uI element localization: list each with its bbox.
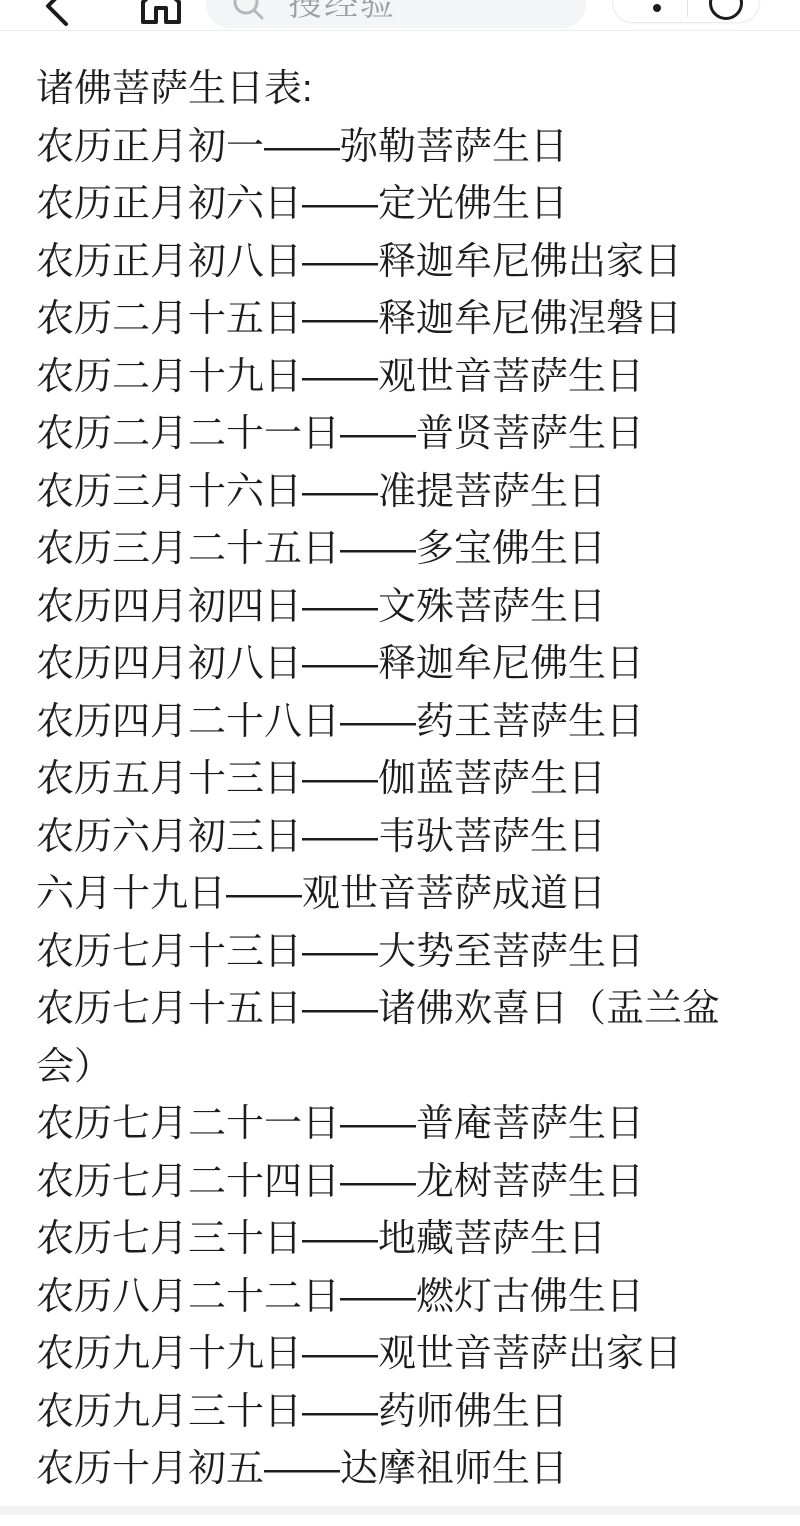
more-menu-icon[interactable] — [653, 4, 661, 12]
birthday-line: 农历正月初八日——释迦牟尼佛出家日 — [36, 234, 728, 292]
birthday-line: 农历三月十六日——准提菩萨生日 — [36, 464, 728, 522]
birthday-list: 农历正月初一——弥勒菩萨生日农历正月初六日——定光佛生日农历正月初八日——释迦牟… — [36, 119, 728, 1499]
birthday-line: 农历六月初三日——韦驮菩萨生日 — [36, 809, 728, 867]
search-placeholder: 搜经验 — [288, 0, 396, 24]
birthday-line: 农历九月三十日——药师佛生日 — [36, 1384, 728, 1442]
birthday-line: 农历七月三十日——地藏菩萨生日 — [36, 1211, 728, 1269]
birthday-line: 农历七月二十一日——普庵菩萨生日 — [36, 1096, 728, 1154]
article-body: 诸佛菩萨生日表: 农历正月初一——弥勒菩萨生日农历正月初六日——定光佛生日农历正… — [0, 31, 800, 1499]
capsule-circle-icon[interactable] — [709, 0, 743, 20]
birthday-line: 农历四月初四日——文殊菩萨生日 — [36, 579, 728, 637]
capsule-divider — [687, 0, 688, 17]
birthday-line: 农历五月十三日——伽蓝菩萨生日 — [36, 751, 728, 809]
birthday-line: 农历七月十三日——大势至菩萨生日 — [36, 924, 728, 982]
birthday-line: 农历二月二十一日——普贤菩萨生日 — [36, 406, 728, 464]
birthday-line: 农历八月二十二日——燃灯古佛生日 — [36, 1269, 728, 1327]
article-title: 诸佛菩萨生日表: — [36, 61, 728, 119]
next-section-divider — [0, 1506, 800, 1515]
birthday-line: 农历三月二十五日——多宝佛生日 — [36, 521, 728, 579]
search-input[interactable]: 搜经验 — [206, 0, 586, 28]
top-navigation-bar: 搜经验 — [0, 0, 800, 31]
home-icon[interactable] — [136, 0, 186, 28]
birthday-line: 农历十月初五——达摩祖师生日 — [36, 1441, 728, 1499]
birthday-line: 农历四月初八日——释迦牟尼佛生日 — [36, 636, 728, 694]
back-icon[interactable] — [36, 0, 80, 28]
search-icon — [230, 0, 266, 22]
birthday-line: 农历九月十九日——观世音菩萨出家日 — [36, 1326, 728, 1384]
birthday-line: 农历二月十九日——观世音菩萨生日 — [36, 349, 728, 407]
birthday-line: 六月十九日——观世音菩萨成道日 — [36, 866, 728, 924]
birthday-line: 农历四月二十八日——药王菩萨生日 — [36, 694, 728, 752]
birthday-line: 农历正月初六日——定光佛生日 — [36, 176, 728, 234]
birthday-line: 农历七月十五日——诸佛欢喜日（盂兰盆会） — [36, 981, 728, 1096]
birthday-line: 农历七月二十四日——龙树菩萨生日 — [36, 1154, 728, 1212]
birthday-line: 农历正月初一——弥勒菩萨生日 — [36, 119, 728, 177]
birthday-line: 农历二月十五日——释迦牟尼佛涅磐日 — [36, 291, 728, 349]
app-capsule — [612, 0, 760, 23]
